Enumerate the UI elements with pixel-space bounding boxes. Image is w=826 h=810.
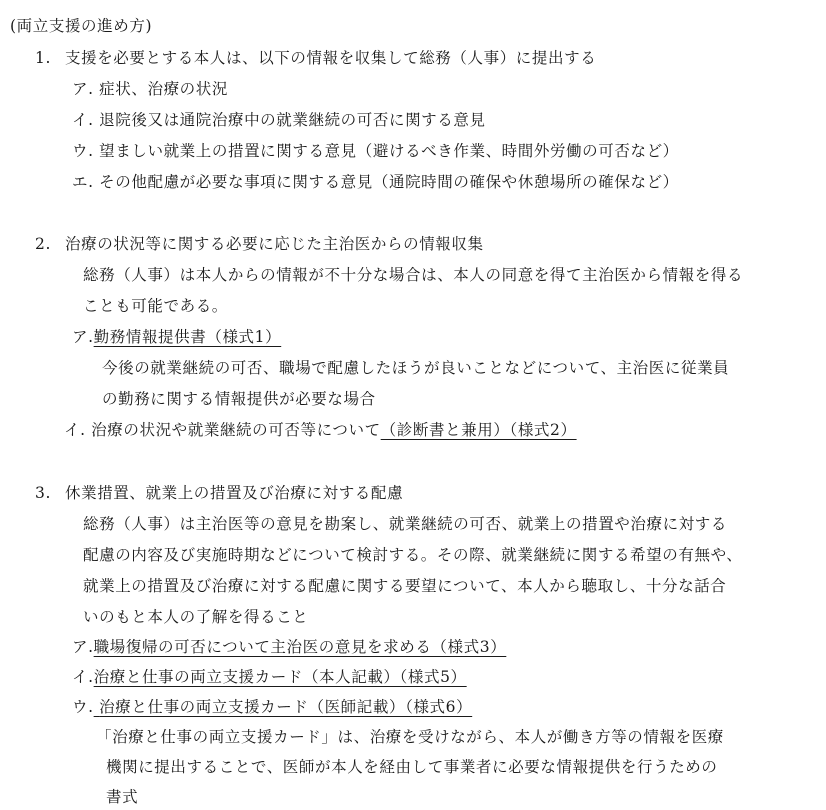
body-text: 総務（人事）は主治医等の意見を勘案し、就業継続の可否、就業上の措置や治療に対する bbox=[83, 514, 727, 534]
note-text: 機関に提出することで、医師が本人を経由して事業者に必要な情報提供を行うための bbox=[106, 757, 718, 777]
body-text: ことも可能である。 bbox=[83, 296, 228, 316]
list-item: ウ. 治療と仕事の両立支援カード（医師記載）（様式6） bbox=[72, 697, 472, 717]
item-text: 退院後又は通院治療中の就業継続の可否に関する意見 bbox=[99, 111, 485, 129]
list-item: イ. 退院後又は通院治療中の就業継続の可否に関する意見 bbox=[72, 110, 486, 130]
section-1-title: 1.支援を必要とする本人は、以下の情報を収集して総務（人事）に提出する bbox=[35, 48, 596, 68]
section-title-text: 休業措置、就業上の措置及び治療に対する配慮 bbox=[65, 484, 403, 502]
document-heading: (両立支援の進め方) bbox=[10, 16, 152, 36]
form-link-text: 職場復帰の可否について主治医の意見を求める（様式3） bbox=[94, 638, 507, 656]
note-text: 書式 bbox=[106, 787, 138, 807]
item-text: 治療の状況や就業継続の可否等について bbox=[91, 421, 381, 439]
section-3-title: 3.休業措置、就業上の措置及び治療に対する配慮 bbox=[35, 483, 403, 503]
list-item: イ.治療と仕事の両立支援カード（本人記載）（様式5） bbox=[72, 667, 467, 687]
item-marker: ウ. bbox=[72, 141, 94, 161]
section-number: 2. bbox=[35, 234, 65, 254]
item-description: 今後の就業継続の可否、職場で配慮したほうが良いことなどについて、主治医に従業員 bbox=[102, 358, 729, 378]
section-title-text: 治療の状況等に関する必要に応じた主治医からの情報収集 bbox=[65, 235, 484, 253]
item-marker: ア. bbox=[72, 637, 94, 657]
item-text: 望ましい就業上の措置に関する意見（避けるべき作業、時間外労働の可否など） bbox=[99, 142, 679, 160]
item-text: 症状、治療の状況 bbox=[99, 80, 228, 98]
form-link-text: 治療と仕事の両立支援カード（医師記載）（様式6） bbox=[99, 698, 472, 716]
list-item: ウ. 望ましい就業上の措置に関する意見（避けるべき作業、時間外労働の可否など） bbox=[72, 141, 679, 161]
list-item: ア.職場復帰の可否について主治医の意見を求める（様式3） bbox=[72, 637, 506, 657]
list-item: ア. 症状、治療の状況 bbox=[72, 79, 228, 99]
list-item: エ. その他配慮が必要な事項に関する意見（通院時間の確保や休憩場所の確保など） bbox=[72, 172, 679, 192]
item-marker: イ. bbox=[72, 667, 94, 687]
section-title-text: 支援を必要とする本人は、以下の情報を収集して総務（人事）に提出する bbox=[65, 49, 596, 67]
item-marker: イ. bbox=[72, 110, 94, 130]
item-marker: ア. bbox=[72, 79, 94, 99]
section-number: 3. bbox=[35, 483, 65, 503]
form-link-text: 勤務情報提供書（様式1） bbox=[94, 328, 282, 346]
body-text: 配慮の内容及び実施時期などについて検討する。その際、就業継続に関する希望の有無や… bbox=[83, 545, 742, 565]
item-marker: イ. bbox=[64, 420, 86, 440]
item-marker: ウ. bbox=[72, 697, 94, 717]
item-marker: エ. bbox=[72, 172, 94, 192]
note-text: 「治療と仕事の両立支援カード」は、治療を受けながら、本人が働き方等の情報を医療 bbox=[96, 727, 724, 747]
item-description: の勤務に関する情報提供が必要な場合 bbox=[102, 389, 376, 409]
body-text: 就業上の措置及び治療に対する配慮に関する要望について、本人から聴取し、十分な話合 bbox=[83, 576, 726, 596]
form-link-text: （診断書と兼用）（様式2） bbox=[381, 421, 577, 439]
body-text: 総務（人事）は本人からの情報が不十分な場合は、本人の同意を得て主治医から情報を得… bbox=[83, 265, 743, 285]
section-number: 1. bbox=[35, 48, 65, 68]
item-marker: ア. bbox=[72, 327, 94, 347]
form-link-text: 治療と仕事の両立支援カード（本人記載）（様式5） bbox=[94, 668, 467, 686]
list-item: ア.勤務情報提供書（様式1） bbox=[72, 327, 281, 347]
section-2-title: 2.治療の状況等に関する必要に応じた主治医からの情報収集 bbox=[35, 234, 484, 254]
item-text: その他配慮が必要な事項に関する意見（通院時間の確保や休憩場所の確保など） bbox=[99, 173, 679, 191]
list-item: イ. 治療の状況や就業継続の可否等について（診断書と兼用）（様式2） bbox=[64, 420, 577, 440]
body-text: いのもと本人の了解を得ること bbox=[83, 607, 308, 627]
